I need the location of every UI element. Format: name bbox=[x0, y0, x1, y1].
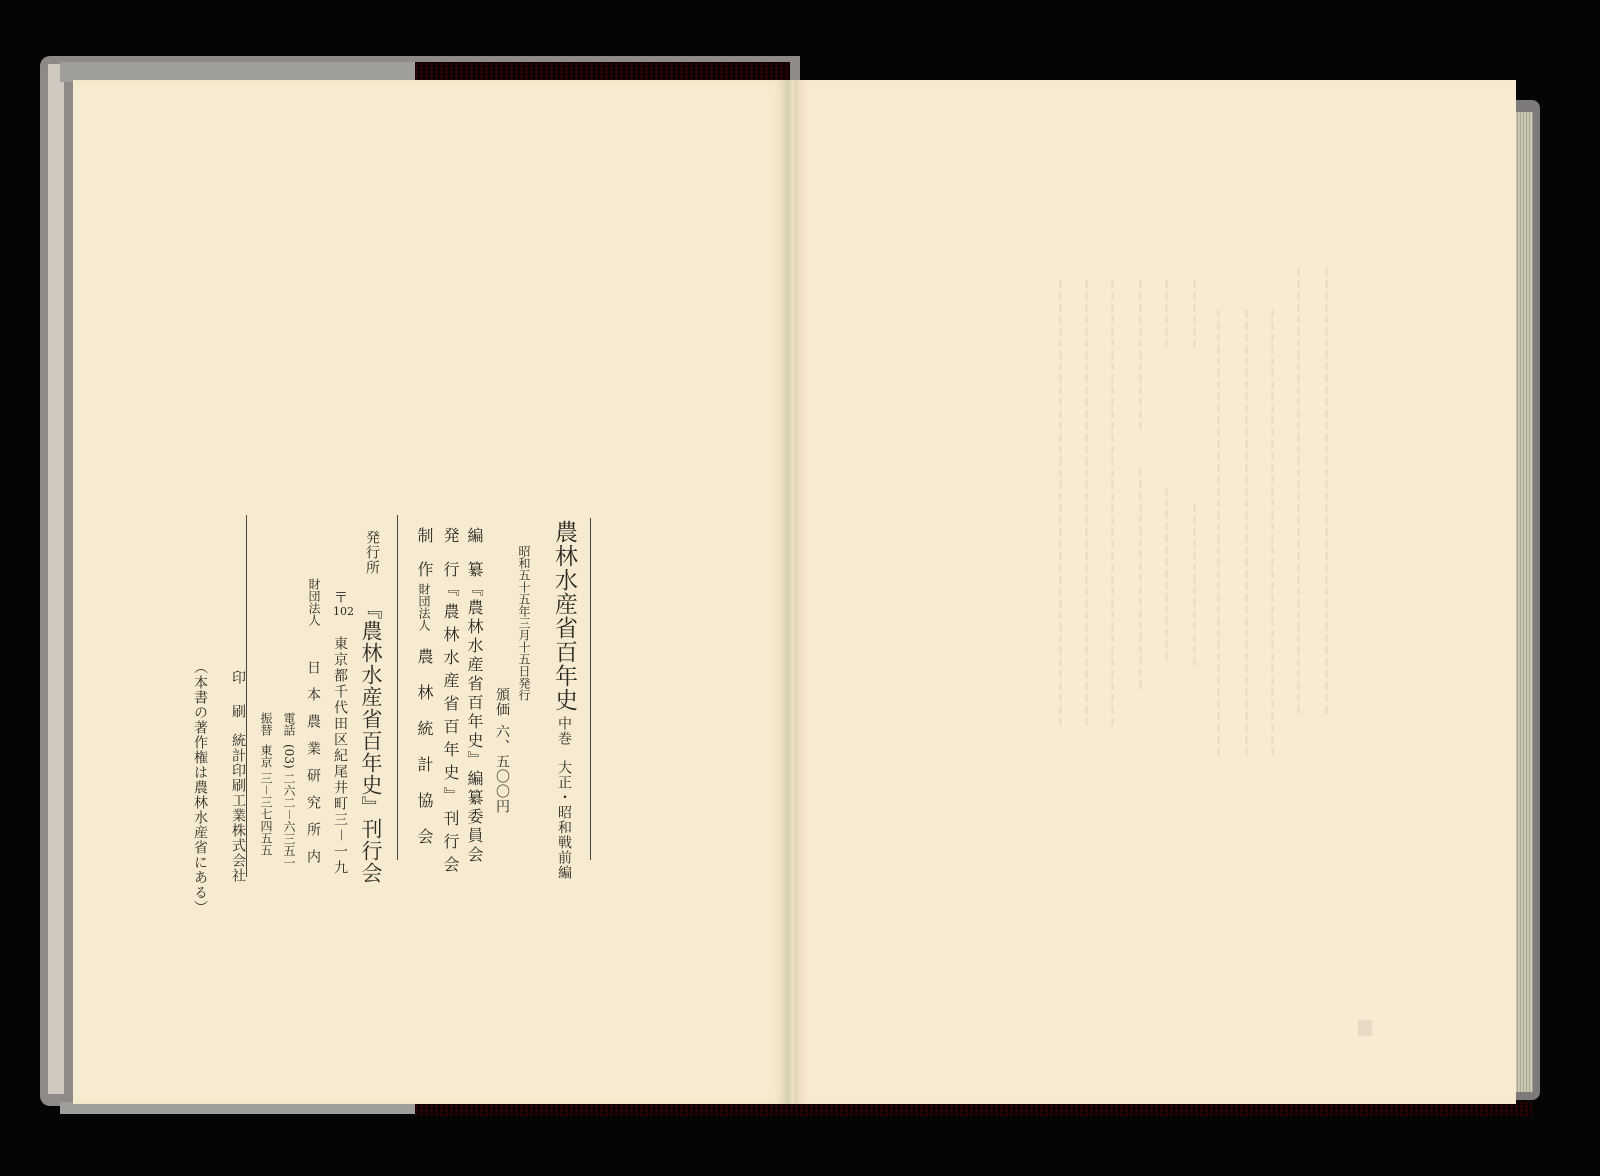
transfer-account: 東京 三－三七四五五 bbox=[260, 744, 272, 856]
postal-mark: 〒 bbox=[333, 590, 347, 605]
publisher-office-name: 『農林水産省百年史』刊行会 bbox=[360, 598, 381, 884]
price-label: 頒価 bbox=[495, 687, 509, 717]
credit-name-production: 農林統計協会 bbox=[416, 648, 432, 864]
printer-name: 統計印刷工業株式会社 bbox=[231, 733, 245, 883]
cloth-headband-bottom bbox=[415, 1102, 1532, 1116]
publisher-org-prefix: 財団法人 bbox=[308, 578, 320, 626]
page-block-edge bbox=[1515, 112, 1533, 1092]
credit-prefix-production: 財団法人 bbox=[418, 583, 430, 631]
volume-subtitle: 大正・昭和戦前編 bbox=[557, 760, 571, 880]
book-title: 農林水産省百年史 bbox=[552, 520, 575, 712]
printer-label: 印刷 bbox=[231, 670, 245, 738]
colophon-rule-middle bbox=[397, 515, 398, 860]
cloth-headband-top bbox=[415, 62, 790, 82]
volume-label: 中巻 bbox=[557, 716, 571, 746]
copyright-note: （本書の著作権は農林水産省にある） bbox=[193, 660, 207, 915]
issue-date: 昭和五十五年三月十五日発行 bbox=[518, 545, 530, 701]
publisher-office-label: 発行所 bbox=[365, 530, 379, 575]
phone-number: (03) 二六二－六三五一 bbox=[283, 744, 295, 868]
publisher-org: 日本農業研究所内 bbox=[306, 660, 320, 876]
transfer-label: 振替 bbox=[260, 712, 272, 736]
right-page bbox=[794, 80, 1516, 1104]
book-gutter bbox=[782, 80, 794, 1104]
credit-name-editor: 『農林水産省百年史』編纂委員会 bbox=[466, 580, 482, 865]
colophon-rule-bottom bbox=[246, 515, 247, 877]
cover-turn-in-top bbox=[60, 62, 415, 82]
price-value: 六、五〇〇円 bbox=[495, 724, 509, 814]
credit-name-publisher: 『農林水産省百年史』刊行会 bbox=[442, 580, 458, 879]
publisher-address: 東京都千代田区紀尾井町三－一九 bbox=[333, 636, 347, 876]
phone-label: 電話 bbox=[283, 712, 295, 736]
colophon-rule-top bbox=[590, 518, 591, 860]
postal-code: 102 bbox=[333, 606, 354, 617]
endpaper-edge bbox=[48, 64, 64, 1094]
